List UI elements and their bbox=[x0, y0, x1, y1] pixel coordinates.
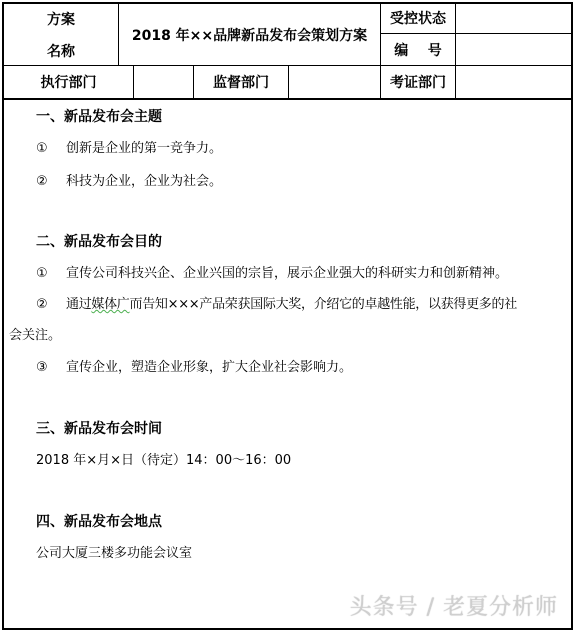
spellcheck-underlined-text: 媒体广 bbox=[91, 297, 129, 312]
verify-dept-label: 考证部门 bbox=[381, 66, 455, 98]
item-number: ② bbox=[36, 174, 66, 189]
section-heading-purpose: 二、新品发布会目的 bbox=[36, 231, 162, 251]
list-item: ③宣传企业，塑造企业形象，扩大企业社会影响力。 bbox=[36, 356, 352, 375]
section-heading-location: 四、新品发布会地点 bbox=[36, 511, 162, 531]
plan-name-label-line1: 方案 bbox=[47, 9, 75, 29]
watermark: 头条号 / 老夏分析师 bbox=[350, 590, 558, 621]
item-number: ③ bbox=[36, 360, 66, 375]
item-text: 科技为企业，企业为社会。 bbox=[66, 174, 222, 189]
section-heading-theme: 一、新品发布会主题 bbox=[36, 106, 162, 126]
list-item: ①宣传公司科技兴企、企业兴国的宗旨，展示企业强大的科研实力和创新精神。 bbox=[36, 262, 508, 281]
list-item: ①创新是企业的第一竞争力。 bbox=[36, 137, 222, 156]
control-status-label: 受控状态 bbox=[381, 3, 455, 33]
exec-dept-value[interactable] bbox=[134, 66, 193, 98]
control-status-value[interactable] bbox=[456, 3, 569, 33]
item-text: 创新是企业的第一竞争力。 bbox=[66, 141, 222, 156]
supervise-dept-label: 监督部门 bbox=[194, 66, 288, 98]
list-item-continuation: 会关注。 bbox=[9, 324, 61, 343]
plan-name-label-line2: 名称 bbox=[47, 41, 75, 61]
exec-dept-label: 执行部门 bbox=[4, 66, 133, 98]
event-location: 公司大厦三楼多功能会议室 bbox=[36, 542, 192, 561]
number-label-text: 编 号 bbox=[394, 40, 442, 60]
divider bbox=[2, 98, 571, 100]
item-text: 宣传公司科技兴企、企业兴国的宗旨，展示企业强大的科研实力和创新精神。 bbox=[66, 266, 508, 281]
list-item: ②通过媒体广而告知×××产品荣获国际大奖，介绍它的卓越性能，以获得更多的社 bbox=[36, 293, 517, 312]
supervise-dept-value[interactable] bbox=[289, 66, 380, 98]
plan-name-label: 方案 名称 bbox=[4, 4, 118, 65]
item-text: 宣传企业，塑造企业形象，扩大企业社会影响力。 bbox=[66, 360, 352, 375]
item-number: ① bbox=[36, 141, 66, 156]
item-text-after: 而告知×××产品荣获国际大奖，介绍它的卓越性能，以获得更多的社 bbox=[130, 297, 517, 312]
number-value[interactable] bbox=[456, 34, 569, 65]
list-item: ②科技为企业，企业为社会。 bbox=[36, 170, 222, 189]
item-number: ② bbox=[36, 297, 66, 312]
number-label: 编 号 bbox=[381, 34, 455, 65]
item-number: ① bbox=[36, 266, 66, 281]
item-text-before: 通过 bbox=[66, 297, 91, 312]
verify-dept-value[interactable] bbox=[456, 66, 569, 98]
plan-title: 2018 年××品牌新品发布会策划方案 bbox=[119, 4, 380, 65]
event-time: 2018 年×月×日（待定）14：00～16：00 bbox=[36, 449, 291, 468]
section-heading-time: 三、新品发布会时间 bbox=[36, 418, 162, 438]
